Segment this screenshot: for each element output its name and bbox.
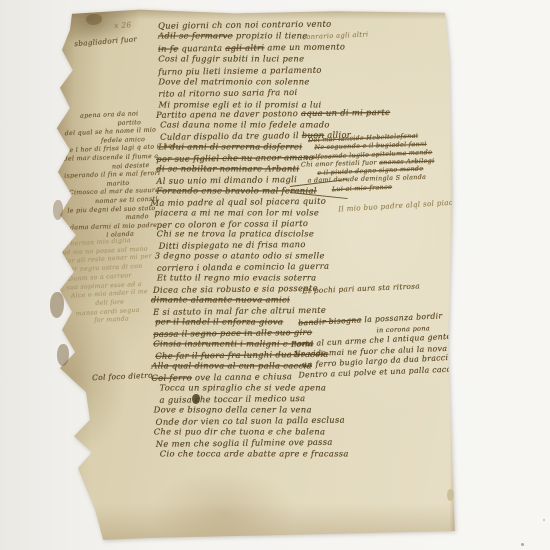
manuscript-line: Cio che tocca arde abatte apre e fracass… xyxy=(160,448,392,459)
left-note-col-foco: Col foco dietro xyxy=(92,371,153,382)
manuscript-line: Ne men che soglia il fulmine ove passa xyxy=(156,436,392,450)
left-top-note: sbagliadori fuor xyxy=(74,35,137,48)
stanza-top: Quei giorni ch con noi contrario ventoAd… xyxy=(158,19,346,111)
manuscript-line: Col foco dietro xyxy=(92,371,153,383)
dust-speck xyxy=(521,543,524,546)
manuscript-photo: x 26sbagliadori fuorconrario agli altriQ… xyxy=(0,0,550,550)
corner-mark: x 26 xyxy=(114,20,132,30)
manuscript-page: x 26sbagliadori fuorconrario agli altriQ… xyxy=(56,8,456,540)
manuscript-line: sbagliadori fuor xyxy=(74,34,137,48)
left-margin-upper: apena ora da noipartitodel qual se ha no… xyxy=(62,109,179,242)
manuscript-line: Onde dor vien co tal suon la palla esclu… xyxy=(156,414,392,428)
manuscript-line: x 26 xyxy=(114,20,132,30)
manuscript-line: Cosi al fuggir subiti in luci pene xyxy=(158,54,345,65)
insert-block-right: Del mar lancide HebeltelefanaiNe seguend… xyxy=(300,131,435,194)
handwriting-layer: x 26sbagliadori fuorconrario agli altriQ… xyxy=(56,8,456,540)
manuscript-line: for manda xyxy=(94,315,155,327)
left-margin-lower-faded: a hernan mio digliasud me no possa sol m… xyxy=(58,236,155,328)
manuscript-line: rito al ritorno suo saria fra noi xyxy=(158,87,345,101)
photo-backdrop: x 26sbagliadori fuorconrario agli altriQ… xyxy=(0,0,550,550)
dust-speck xyxy=(543,519,545,521)
right-stanza-arquebus: bandir bisogna la possanza bordirin coro… xyxy=(298,311,459,381)
manuscript-line: Che si puo dir che tuona e che balena xyxy=(154,426,392,437)
manuscript-line: Adil se fermarve propizio il tiene xyxy=(158,31,345,42)
